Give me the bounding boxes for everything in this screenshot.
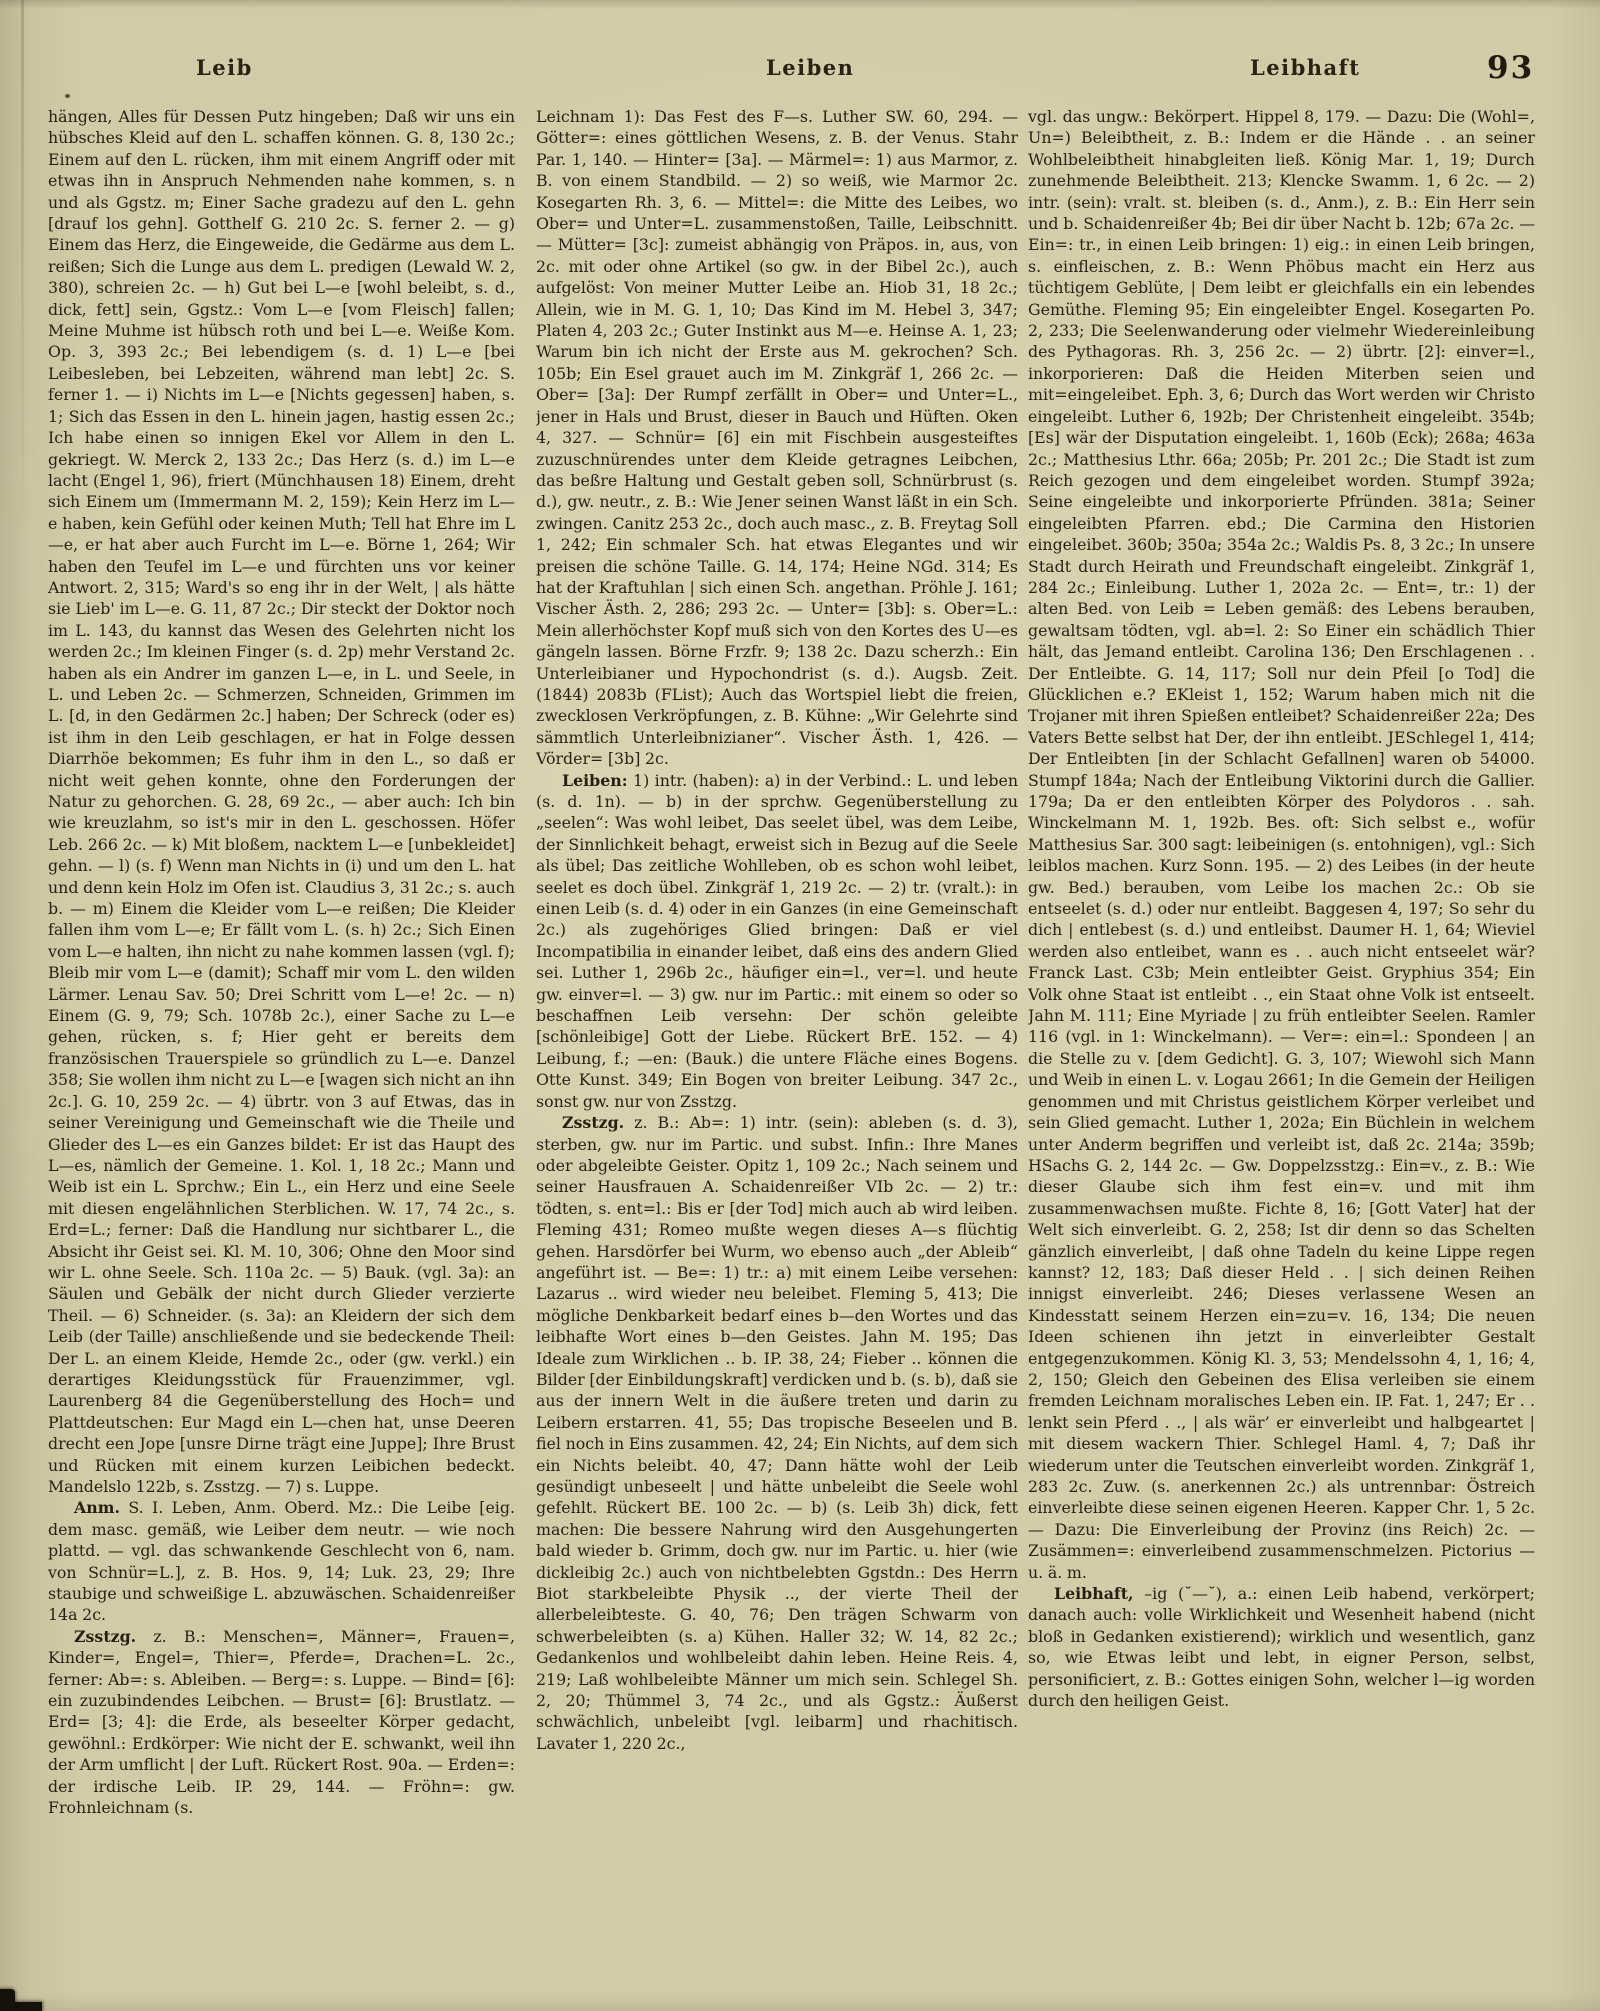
column-1: hängen, Alles für Dessen Putz hingeben; … bbox=[48, 106, 515, 1890]
paragraph: Anm. S. I. Leben, Anm. Oberd. Mz.: Die L… bbox=[48, 1497, 515, 1625]
paragraph: Zsstzg. z. B.: Menschen=, Männer=, Fraue… bbox=[48, 1626, 515, 1819]
ink-speck bbox=[65, 94, 70, 98]
column-3: vgl. das ungw.: Bekörpert. Hippel 8, 179… bbox=[1028, 106, 1535, 1890]
paragraph: Leichnam 1): Das Fest des F—s. Luther SW… bbox=[536, 106, 1018, 770]
paragraph: hängen, Alles für Dessen Putz hingeben; … bbox=[48, 106, 515, 1497]
entry-headword: Leiben: bbox=[562, 771, 628, 790]
paper-crease bbox=[21, 0, 24, 540]
running-head-left: Leib bbox=[196, 55, 253, 80]
page-number: 93 bbox=[1487, 50, 1534, 86]
running-head-right: Leibhaft bbox=[1250, 55, 1360, 80]
running-head-center: Leiben bbox=[766, 55, 854, 80]
column-2: Leichnam 1): Das Fest des F—s. Luther SW… bbox=[536, 106, 1018, 1890]
scan-corner-shadow bbox=[0, 1989, 15, 2011]
entry-headword: Anm. bbox=[74, 1498, 120, 1517]
entry-headword: Zsstzg. bbox=[562, 1113, 624, 1132]
dictionary-page: Leib Leiben Leibhaft 93 hängen, Alles fü… bbox=[0, 0, 1600, 2011]
paragraph: Leiben: 1) intr. (haben): a) in der Verb… bbox=[536, 770, 1018, 1113]
entry-headword: Leibhaft, bbox=[1054, 1584, 1134, 1603]
paragraph: Zsstzg. z. B.: Ab=: 1) intr. (sein): abl… bbox=[536, 1112, 1018, 1754]
entry-headword: Zsstzg. bbox=[74, 1627, 136, 1646]
paragraph: vgl. das ungw.: Bekörpert. Hippel 8, 179… bbox=[1028, 106, 1535, 1583]
paragraph: Leibhaft, –ig (˘—˘), a.: einen Leib habe… bbox=[1028, 1583, 1535, 1711]
